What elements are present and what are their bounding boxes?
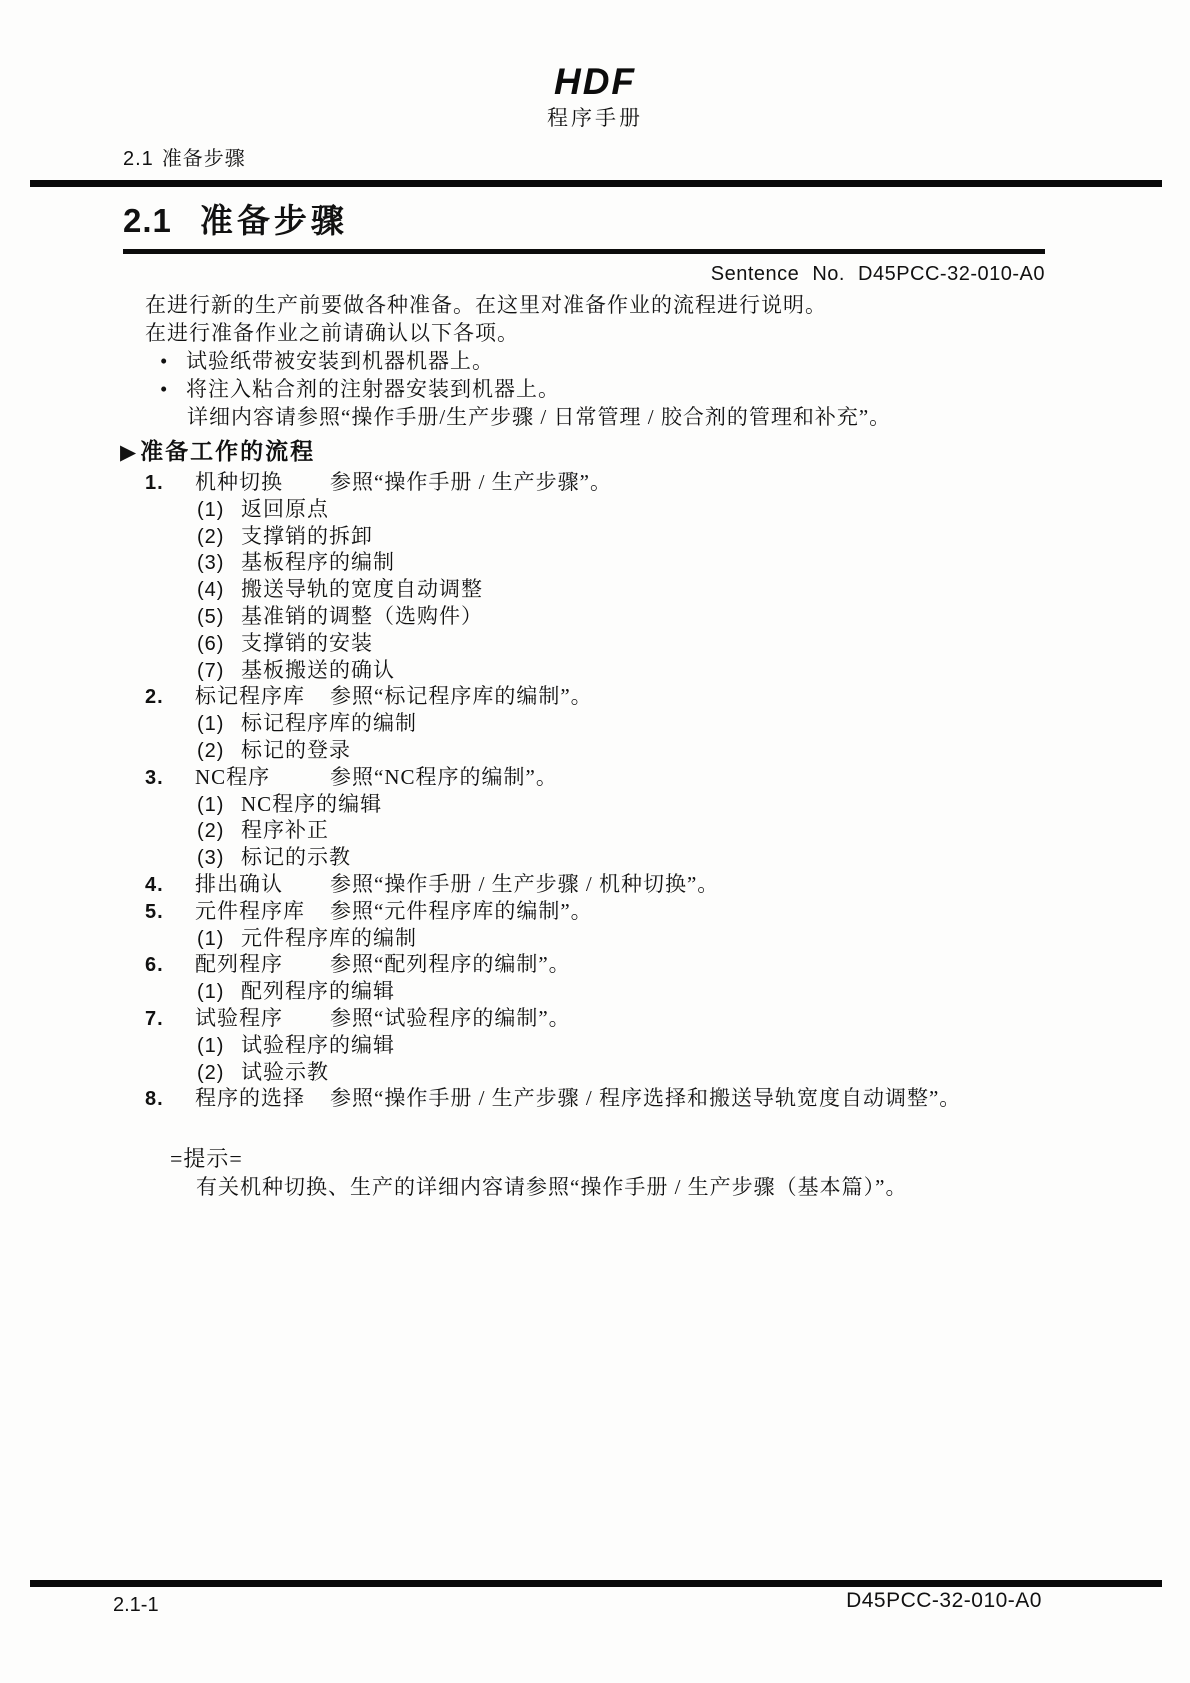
item-subs: (1)返回原点(2)支撑销的拆卸(3)基板程序的编制(4)搬送导轨的宽度自动调整… (145, 497, 1190, 685)
flow-sub-item: (1)返回原点 (197, 497, 1190, 524)
flow-sub-item-text: 返回原点 (241, 497, 329, 521)
flow-item-row: 4.排出确认参照“操作手册 / 生产步骤 / 机种切换”。 (145, 872, 1190, 899)
intro-line: 在进行准备作业之前请确认以下各项。 (145, 319, 1130, 347)
item-subs: (1)配列程序的编辑 (145, 979, 1190, 1006)
manual-title: 程序手册 (0, 105, 1190, 131)
flow-item: 2.标记程序库参照“标记程序库的编制”。 (1)标记程序库的编制(2)标记的登录 (145, 684, 1190, 764)
flow-sub-item-number: (3) (197, 846, 241, 872)
flow-item: 7.试验程序参照“试验程序的编制”。 (1)试验程序的编辑(2)试验示教 (145, 1006, 1190, 1086)
tip-section: =提示= 有关机种切换、生产的详细内容请参照“操作手册 / 生产步骤（基本篇）”… (170, 1145, 1190, 1201)
flow-item-row: 7.试验程序参照“试验程序的编制”。 (145, 1006, 1190, 1033)
flow-sub-item-number: (5) (197, 605, 241, 631)
intro-line: 在进行新的生产前要做各种准备。在这里对准备作业的流程进行说明。 (145, 291, 1130, 319)
flow-item-row: 2.标记程序库参照“标记程序库的编制”。 (145, 684, 1190, 711)
flow-sub-item: (3)标记的示教 (197, 845, 1190, 872)
checklist-item: •试验纸带被安装到机器机器上。 (160, 347, 1130, 375)
flow-item-number: 7. (145, 1007, 195, 1033)
intro-section: 在进行新的生产前要做各种准备。在这里对准备作业的流程进行说明。 在进行准备作业之… (145, 291, 1130, 431)
flow-item-number: 8. (145, 1087, 195, 1113)
flow-sub-item-number: (4) (197, 578, 241, 604)
footer-rule (30, 1580, 1162, 1587)
section-title: 准备步骤 (200, 204, 348, 240)
checklist-item: •将注入粘合剂的注射器安装到机器上。 (160, 375, 1130, 403)
section-number: 2.1 (123, 202, 172, 239)
flow-heading-text: 准备工作的流程 (140, 439, 315, 464)
flow-item-label: 标记程序库 (195, 684, 330, 710)
footer-doc-number: D45PCC-32-010-A0 (846, 1589, 1042, 1613)
manual-page: HDF 程序手册 2.1准备步骤 2.1准备步骤 Sentence No. D4… (0, 0, 1190, 1683)
flow-list: 1.机种切换参照“操作手册 / 生产步骤”。 (1)返回原点(2)支撑销的拆卸(… (145, 470, 1190, 1113)
flow-item-row: 3.NC程序参照“NC程序的编制”。 (145, 765, 1190, 792)
flow-sub-item-number: (1) (197, 927, 241, 953)
flow-item-label: 元件程序库 (195, 899, 330, 925)
flow-sub-item: (3)基板程序的编制 (197, 550, 1190, 577)
item-subs: (1)NC程序的编辑(2)程序补正(3)标记的示教 (145, 792, 1190, 872)
running-header-number: 2.1 (123, 148, 154, 170)
flow-item-number: 5. (145, 900, 195, 926)
flow-sub-item-text: 标记的示教 (241, 845, 351, 869)
flow-sub-item: (4)搬送导轨的宽度自动调整 (197, 577, 1190, 604)
flow-sub-item-number: (7) (197, 659, 241, 685)
flow-item-number: 1. (145, 471, 195, 497)
flow-sub-item-text: 支撑销的拆卸 (241, 524, 373, 548)
flow-sub-item: (2)试验示教 (197, 1060, 1190, 1087)
running-header-title: 准备步骤 (162, 148, 246, 170)
flow-sub-item-text: 试验程序的编辑 (241, 1033, 395, 1057)
flow-sub-item: (7)基板搬送的确认 (197, 658, 1190, 685)
bullet-icon: • (160, 347, 186, 375)
flow-sub-item-text: NC程序的编辑 (241, 792, 382, 816)
flow-item-number: 3. (145, 766, 195, 792)
flow-item-reference: 参照“NC程序的编制”。 (330, 765, 558, 789)
flow-sub-item-number: (2) (197, 1061, 241, 1087)
flow-sub-item-number: (1) (197, 712, 241, 738)
flow-item-reference: 参照“操作手册 / 生产步骤”。 (330, 470, 612, 494)
flow-sub-item-text: 基准销的调整（选购件） (241, 604, 483, 628)
flow-sub-item: (2)标记的登录 (197, 738, 1190, 765)
item-subs: (1)标记程序库的编制(2)标记的登录 (145, 711, 1190, 765)
sentence-number: Sentence No. D45PCC-32-010-A0 (0, 261, 1045, 287)
flow-sub-item: (2)程序补正 (197, 818, 1190, 845)
brand-logo: HDF (0, 62, 1190, 102)
flow-sub-item-text: 标记程序库的编制 (241, 711, 417, 735)
flow-item-row: 6.配列程序参照“配列程序的编制”。 (145, 952, 1190, 979)
flow-heading: ▶准备工作的流程 (120, 438, 1190, 466)
checklist-item-text: 将注入粘合剂的注射器安装到机器上。 (186, 377, 560, 401)
flow-item-number: 2. (145, 685, 195, 711)
flow-item-reference: 参照“操作手册 / 生产步骤 / 程序选择和搬送导轨宽度自动调整”。 (330, 1086, 961, 1110)
checklist-item-text: 试验纸带被安装到机器机器上。 (186, 349, 494, 373)
flow-sub-item-number: (2) (197, 525, 241, 551)
flow-item-reference: 参照“试验程序的编制”。 (330, 1006, 571, 1030)
flow-sub-item-number: (1) (197, 498, 241, 524)
flow-sub-item: (1)试验程序的编辑 (197, 1033, 1190, 1060)
flow-item: 6.配列程序参照“配列程序的编制”。 (1)配列程序的编辑 (145, 952, 1190, 1006)
flow-sub-item-number: (1) (197, 980, 241, 1006)
tip-text: 有关机种切换、生产的详细内容请参照“操作手册 / 生产步骤（基本篇）”。 (196, 1173, 1190, 1201)
top-rule (30, 180, 1162, 187)
flow-sub-item: (2)支撑销的拆卸 (197, 524, 1190, 551)
bullet-icon: • (160, 375, 186, 403)
flow-sub-item: (6)支撑销的安装 (197, 631, 1190, 658)
flow-item: 1.机种切换参照“操作手册 / 生产步骤”。 (1)返回原点(2)支撑销的拆卸(… (145, 470, 1190, 684)
flow-sub-item-text: 程序补正 (241, 818, 329, 842)
flow-item-reference: 参照“标记程序库的编制”。 (330, 684, 593, 708)
flow-item-label: 排出确认 (195, 872, 330, 898)
footer-page-number: 2.1-1 (113, 1594, 159, 1617)
flow-item: 8.程序的选择参照“操作手册 / 生产步骤 / 程序选择和搬送导轨宽度自动调整”… (145, 1086, 1190, 1113)
heading-rule (123, 249, 1045, 254)
flow-sub-item: (1)标记程序库的编制 (197, 711, 1190, 738)
flow-item-row: 8.程序的选择参照“操作手册 / 生产步骤 / 程序选择和搬送导轨宽度自动调整”… (145, 1086, 1190, 1113)
flow-item-reference: 参照“操作手册 / 生产步骤 / 机种切换”。 (330, 872, 719, 896)
flow-item-row: 1.机种切换参照“操作手册 / 生产步骤”。 (145, 470, 1190, 497)
flow-sub-item-text: 试验示教 (241, 1060, 329, 1084)
flow-sub-item-text: 标记的登录 (241, 738, 351, 762)
flow-sub-item: (1)元件程序库的编制 (197, 926, 1190, 953)
flow-sub-item-text: 配列程序的编辑 (241, 979, 395, 1003)
tip-label: =提示= (170, 1145, 1190, 1173)
flow-item-row: 5.元件程序库参照“元件程序库的编制”。 (145, 899, 1190, 926)
flow-sub-item-text: 元件程序库的编制 (241, 926, 417, 950)
flow-sub-item-number: (2) (197, 739, 241, 765)
detail-note: 详细内容请参照“操作手册/生产步骤 / 日常管理 / 胶合剂的管理和补充”。 (187, 403, 1130, 431)
flow-sub-item-text: 基板搬送的确认 (241, 658, 395, 682)
item-subs: (1)元件程序库的编制 (145, 926, 1190, 953)
flow-item-label: NC程序 (195, 765, 330, 791)
flow-sub-item-text: 搬送导轨的宽度自动调整 (241, 577, 483, 601)
flow-item-label: 试验程序 (195, 1006, 330, 1032)
flow-sub-item-number: (1) (197, 1034, 241, 1060)
flow-item: 5.元件程序库参照“元件程序库的编制”。 (1)元件程序库的编制 (145, 899, 1190, 953)
flow-item: 4.排出确认参照“操作手册 / 生产步骤 / 机种切换”。 (145, 872, 1190, 899)
flow-item-number: 4. (145, 873, 195, 899)
flow-item-reference: 参照“配列程序的编制”。 (330, 952, 571, 976)
flow-item-number: 6. (145, 953, 195, 979)
flow-sub-item: (5)基准销的调整（选购件） (197, 604, 1190, 631)
section-heading: 2.1准备步骤 (123, 201, 1190, 242)
flow-item-label: 配列程序 (195, 952, 330, 978)
running-header: 2.1准备步骤 (123, 147, 1190, 171)
triangle-marker-icon: ▶ (120, 440, 138, 464)
flow-sub-item-number: (2) (197, 819, 241, 845)
flow-item: 3.NC程序参照“NC程序的编制”。 (1)NC程序的编辑(2)程序补正(3)标… (145, 765, 1190, 872)
item-subs: (1)试验程序的编辑(2)试验示教 (145, 1033, 1190, 1087)
flow-sub-item: (1)NC程序的编辑 (197, 792, 1190, 819)
flow-sub-item-number: (6) (197, 632, 241, 658)
flow-item-label: 机种切换 (195, 470, 330, 496)
flow-item-reference: 参照“元件程序库的编制”。 (330, 899, 593, 923)
flow-item-label: 程序的选择 (195, 1086, 330, 1112)
flow-sub-item: (1)配列程序的编辑 (197, 979, 1190, 1006)
logo-block: HDF 程序手册 (0, 0, 1190, 131)
flow-sub-item-number: (3) (197, 551, 241, 577)
flow-sub-item-text: 基板程序的编制 (241, 550, 395, 574)
flow-sub-item-number: (1) (197, 793, 241, 819)
flow-sub-item-text: 支撑销的安装 (241, 631, 373, 655)
